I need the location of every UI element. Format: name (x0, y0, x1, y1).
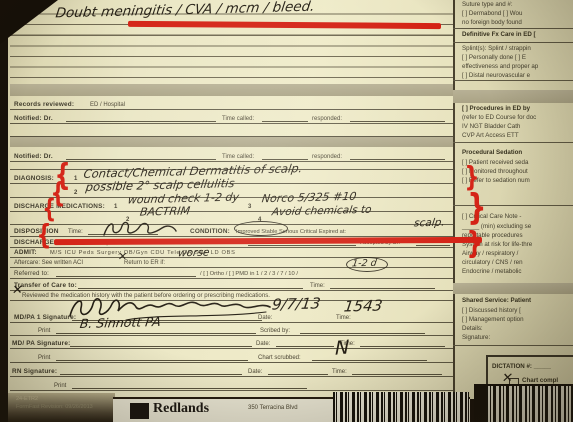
panel-line: (refer to ED Course for doc (462, 114, 536, 121)
handwriting-med-1: wound check 1-2 dy (127, 192, 240, 206)
field-underline (300, 332, 425, 334)
field-underline (66, 158, 216, 160)
handwriting-med-4-cont: scalp. (413, 218, 445, 229)
condition-label: CONDITION: (190, 228, 230, 235)
scribed-by-label: Scribed by: (260, 328, 290, 334)
handwriting-worse: worse (177, 248, 210, 259)
aftercare-label: Aftercare: See written ACI (14, 260, 83, 266)
panel-line: [ ] Distal neurovascular e (462, 72, 530, 79)
panel-divider (453, 80, 573, 81)
hospital-name: Redlands (153, 401, 209, 417)
panel-line: Splint(s): Splint / strappin (462, 45, 531, 52)
diagnosis-num-2: 2 (74, 190, 77, 196)
row-mdpa2-signature: MD/ PA Signature: Date: Time: (10, 335, 453, 349)
field-underline (268, 373, 328, 375)
field-underline (416, 244, 450, 246)
red-brace-right-1: } (464, 164, 479, 189)
handwriting-med-2: BACTRIM (139, 205, 191, 217)
handwriting-chart-scrubbed-mark: N (335, 338, 349, 358)
admit-label: ADMIT: (14, 249, 37, 256)
diagnosis-num-1: 1 (74, 176, 77, 182)
red-brace-right-3: } (467, 230, 483, 257)
field-underline (262, 158, 308, 160)
handwritten-x-reviewed: ✕ (11, 284, 24, 297)
barcode (333, 392, 469, 422)
disposition-handwriting-scribble (100, 219, 180, 239)
signature-underline (70, 345, 252, 347)
row-records-reviewed: Records reviewed: ED / Hospital (10, 96, 453, 110)
panel-line-procedures: [ ] Procedures in ED by (462, 105, 530, 112)
photographed-ed-chart: Doubt meningitis / CVA / mcm / bleed. Re… (0, 0, 573, 422)
row-rn-signature: RN Signature: Date: Time: (10, 362, 453, 377)
barcode (486, 386, 573, 422)
section-band (10, 84, 453, 96)
dictation-number-label: DICTATION #: _____ (492, 363, 551, 370)
panel-divider (453, 142, 573, 143)
panel-line: Endocrine / metabolic (462, 268, 522, 275)
hospital-address: 350 Terracina Blvd (248, 405, 298, 411)
diagnosis-label: DIAGNOSIS: (14, 175, 54, 182)
chart-scrubbed-label: Chart scrubbed: (258, 355, 301, 361)
panel-line-definitive-fx: Definitive Fx Care in ED [ (462, 31, 536, 38)
field-underline (56, 332, 256, 334)
field-underline (276, 345, 334, 347)
return-to-er-label: Return to ER if: (124, 260, 165, 266)
referred-options: / [ ] Ortho / [ ] PMD in 1 / 2 / 3 / 7 /… (200, 271, 298, 277)
row-notified-1: Notified: Dr. Time called: responded: (10, 109, 453, 124)
row-blank (10, 123, 453, 137)
rn-signature-label: RN Signature: (12, 368, 57, 375)
panel-divider (453, 42, 573, 43)
field-underline (350, 120, 445, 122)
circle-annotation-improved (234, 221, 288, 236)
signature-underline (60, 373, 242, 375)
time-label: Time: (332, 369, 347, 375)
handwriting-time: 1543 (343, 299, 383, 315)
time-called-label: Time called: (222, 154, 254, 160)
panel-divider (453, 345, 573, 346)
med-num-1: 1 (114, 204, 117, 210)
red-brace-right-2: } (467, 192, 486, 224)
date-label: Date: (248, 369, 262, 375)
handwriting-date: 9/7/13 (271, 296, 321, 312)
print-label: Print (38, 328, 50, 334)
print-label: Print (54, 383, 66, 389)
section-band (453, 283, 573, 294)
field-underline (248, 244, 356, 246)
row-print-3: Print (10, 376, 453, 391)
panel-line: [ ] Discussed history [ (462, 307, 521, 314)
field-underline (56, 359, 248, 361)
row-print-1: Print Scribed by: (10, 322, 453, 336)
handwriting-med-3: Norco 5/325 #10 (261, 191, 357, 204)
red-brace-left-4: { (36, 222, 51, 247)
hospital-logo-icon (130, 403, 149, 419)
panel-line: [ ] Personally done [ ] E (462, 54, 526, 61)
med-num-3: 3 (248, 204, 251, 210)
responded-label: responded: (312, 116, 342, 122)
time-label: Time: (336, 315, 351, 321)
row-notified-2: Notified: Dr. Time called: responded: (10, 147, 453, 162)
referred-to-label: Referred to: (14, 270, 49, 277)
panel-line-procedural-sedation: Procedural Sedation (462, 149, 522, 156)
panel-line: Details: (462, 325, 483, 332)
date-label: Date: (256, 341, 270, 347)
mdpa1-signature-scribble (66, 294, 276, 324)
form-revision: FormFast Revision: 09/26/2013 (16, 404, 93, 410)
time-called-label: Time called: (222, 116, 254, 122)
row-print-2: Print Chart scrubbed: (10, 348, 453, 363)
notified-label: Notified: Dr. (14, 153, 53, 160)
panel-line: [ ] Management option (462, 316, 524, 323)
form-id: 24-ETR2 (16, 396, 38, 402)
row-discharge-meds-2: 2 4 (10, 211, 453, 225)
handwritten-x-return-to-er: ✕ (117, 251, 128, 262)
field-underline (360, 345, 445, 347)
field-underline (262, 120, 308, 122)
panel-line-shared-service: Shared Service: Patient (462, 297, 531, 304)
field-underline (352, 373, 442, 375)
field-underline (66, 120, 216, 122)
circle-annotation-pmd (346, 257, 388, 272)
notified-label: Notified: Dr. (14, 115, 53, 122)
disposition-time-label: Time: (68, 229, 83, 235)
panel-line: IV NGT Bladder Cath (462, 123, 520, 130)
panel-line: Signature: (462, 334, 490, 341)
panel-line: Suture type and #: (462, 1, 513, 8)
handwriting-med-4: Avoid chemicals to (271, 205, 372, 218)
panel-line: CVP Art Access ETT (462, 132, 519, 139)
field-underline (56, 275, 196, 277)
mdpa2-signature-label: MD/ PA Signature: (12, 340, 70, 347)
print-label: Print (38, 355, 50, 361)
section-band (453, 90, 573, 103)
field-underline (312, 359, 427, 361)
field-underline (72, 387, 307, 389)
chart-completed-label: Chart compl (522, 377, 558, 384)
section-band (10, 136, 453, 147)
panel-line: [ ] Dermabond [ ] Wou (462, 10, 522, 17)
records-reviewed-label: Records reviewed: (14, 101, 74, 108)
panel-line: no foreign body found (462, 19, 522, 26)
panel-line: effectiveness and proper ap (462, 63, 538, 70)
records-reviewed-options: ED / Hospital (90, 102, 125, 108)
field-underline (350, 158, 445, 160)
responded-label: responded: (312, 154, 342, 160)
panel-divider (453, 28, 573, 29)
